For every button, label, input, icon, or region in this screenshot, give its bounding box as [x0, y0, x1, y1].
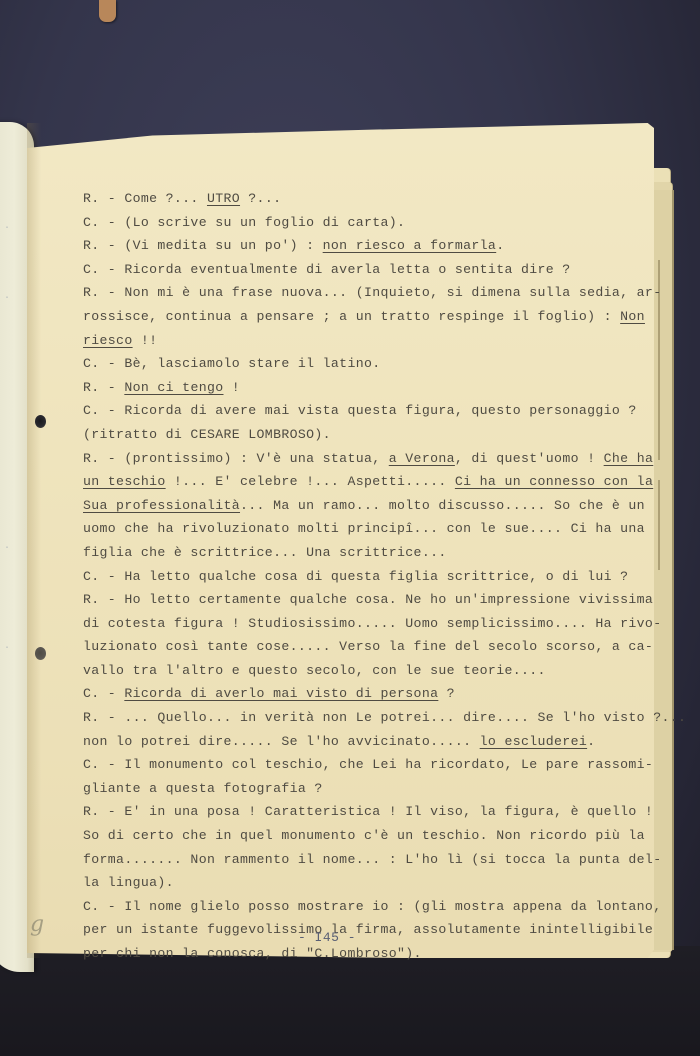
page-number: - I45 - — [297, 930, 357, 945]
text-span: (ritratto di CESARE LOMBROSO). — [83, 427, 331, 442]
underlined-text: Non ci tengo — [124, 380, 223, 395]
transcript-line: per chi non la conosca, di "C.Lombroso")… — [83, 942, 643, 966]
binding-hole-icon — [35, 647, 46, 660]
transcript-line: C. - Il monumento col teschio, che Lei h… — [83, 753, 643, 777]
text-span: . — [496, 238, 504, 253]
text-span: R. - Non mi è una frase nuova... (Inquie… — [83, 285, 661, 300]
bleed-through-mark: . — [4, 222, 10, 232]
transcript-line: la lingua). — [83, 871, 643, 895]
bleed-through-mark: . — [4, 642, 10, 652]
underlined-text: Ci ha un connesso con la — [455, 474, 653, 489]
text-span: !! — [133, 333, 158, 348]
transcript-line: gliante a questa fotografia ? — [83, 777, 643, 801]
text-span: rossisce, continua a pensare ; a un trat… — [83, 309, 620, 324]
binding-hole-icon — [35, 415, 46, 428]
transcript-line: riesco !! — [83, 329, 643, 353]
text-span: ?... — [240, 191, 281, 206]
transcript-text: R. - Come ?... UTRO ?...C. - (Lo scrive … — [83, 187, 643, 966]
bleed-through-mark: . — [4, 292, 10, 302]
text-span: figlia che è scrittrice... Una scrittric… — [83, 545, 447, 560]
text-span: forma....... Non rammento il nome... : L… — [83, 852, 661, 867]
text-span: la lingua). — [83, 875, 174, 890]
text-span: C. - Il monumento col teschio, che Lei h… — [83, 757, 653, 772]
text-span: C. - Ha letto qualche cosa di questa fig… — [83, 569, 628, 584]
binder-clip-tab — [99, 0, 116, 22]
text-span: per chi non la conosca, di "C.Lombroso")… — [83, 946, 422, 961]
text-span: C. - Ricorda eventualmente di averla let… — [83, 262, 571, 277]
text-span: uomo che ha rivoluzionato molti principî… — [83, 521, 645, 536]
text-span: C. - — [83, 686, 124, 701]
transcript-line: R. - Non ci tengo ! — [83, 376, 643, 400]
transcript-line: vallo tra l'altro e questo secolo, con l… — [83, 659, 643, 683]
text-span: per un istante fuggevolissimo la firma, … — [83, 922, 653, 937]
transcript-line: R. - (prontissimo) : V'è una statua, a V… — [83, 447, 643, 471]
transcript-line: per un istante fuggevolissimo la firma, … — [83, 918, 643, 942]
transcript-line: uomo che ha rivoluzionato molti principî… — [83, 517, 643, 541]
text-span: ? — [438, 686, 455, 701]
text-span: gliante a questa fotografia ? — [83, 781, 323, 796]
text-span: R. - E' in una posa ! Caratteristica ! I… — [83, 804, 653, 819]
transcript-line: forma....... Non rammento il nome... : L… — [83, 848, 643, 872]
transcript-line: C. - Ricorda di averlo mai visto di pers… — [83, 682, 643, 706]
transcript-line: un teschio !... E' celebre !... Aspetti.… — [83, 470, 643, 494]
transcript-line: R. - (Vi medita su un po') : non riesco … — [83, 234, 643, 258]
transcript-line: R. - E' in una posa ! Caratteristica ! I… — [83, 800, 643, 824]
underlined-text: riesco — [83, 333, 133, 348]
text-span: R. - Ho letto certamente qualche cosa. N… — [83, 592, 653, 607]
text-span: R. - (Vi medita su un po') : — [83, 238, 323, 253]
page-gutter-shadow — [27, 123, 41, 958]
pencil-margin-mark: g — [30, 912, 44, 937]
text-span: R. - — [83, 380, 124, 395]
transcript-line: C. - Ricorda di avere mai vista questa f… — [83, 399, 643, 423]
text-span: C. - (Lo scrive su un foglio di carta). — [83, 215, 405, 230]
transcript-line: R. - Non mi è una frase nuova... (Inquie… — [83, 281, 643, 305]
transcript-line: C. - Il nome glielo posso mostrare io : … — [83, 895, 643, 919]
text-span: , di quest'uomo ! — [455, 451, 604, 466]
transcript-line: So di certo che in quel monumento c'è un… — [83, 824, 643, 848]
transcript-line: R. - Come ?... UTRO ?... — [83, 187, 643, 211]
transcript-line: Sua professionalità... Ma un ramo... mol… — [83, 494, 643, 518]
transcript-line: (ritratto di CESARE LOMBROSO). — [83, 423, 643, 447]
transcript-line: rossisce, continua a pensare ; a un trat… — [83, 305, 643, 329]
transcript-line: C. - Ha letto qualche cosa di questa fig… — [83, 565, 643, 589]
text-span: C. - Bè, lasciamolo stare il latino. — [83, 356, 381, 371]
text-span: R. - (prontissimo) : V'è una statua, — [83, 451, 389, 466]
transcript-line: C. - (Lo scrive su un foglio di carta). — [83, 211, 643, 235]
text-span: . — [587, 734, 595, 749]
transcript-line: R. - Ho letto certamente qualche cosa. N… — [83, 588, 643, 612]
underlined-text: Ricorda di averlo mai visto di persona — [124, 686, 438, 701]
underlined-text: un teschio — [83, 474, 166, 489]
text-span: non lo potrei dire..... Se l'ho avvicina… — [83, 734, 480, 749]
text-span: R. - ... Quello... in verità non Le potr… — [83, 710, 686, 725]
transcript-line: figlia che è scrittrice... Una scrittric… — [83, 541, 643, 565]
transcript-line: R. - ... Quello... in verità non Le potr… — [83, 706, 643, 730]
transcript-line: C. - Bè, lasciamolo stare il latino. — [83, 352, 643, 376]
text-span: C. - Il nome glielo posso mostrare io : … — [83, 899, 661, 914]
text-span: !... E' celebre !... Aspetti..... — [166, 474, 455, 489]
transcript-line: di cotesta figura ! Studiosissimo..... U… — [83, 612, 643, 636]
underlined-text: non riesco a formarla — [323, 238, 497, 253]
text-span: vallo tra l'altro e questo secolo, con l… — [83, 663, 546, 678]
transcript-line: C. - Ricorda eventualmente di averla let… — [83, 258, 643, 282]
text-span: So di certo che in quel monumento c'è un… — [83, 828, 645, 843]
bleed-through-mark: . — [4, 542, 10, 552]
underlined-text: a Verona — [389, 451, 455, 466]
underlined-text: lo escluderei — [480, 734, 587, 749]
text-span: ... Ma un ramo... molto discusso..... So… — [240, 498, 645, 513]
underlined-text: Che ha — [604, 451, 654, 466]
underlined-text: UTRO — [207, 191, 240, 206]
text-span: di cotesta figura ! Studiosissimo..... U… — [83, 616, 661, 631]
text-span: R. - Come ?... — [83, 191, 207, 206]
transcript-line: luzionato così tante cose..... Verso la … — [83, 635, 643, 659]
page-stack-shadow — [658, 480, 660, 570]
underlined-text: Non — [620, 309, 645, 324]
text-span: ! — [224, 380, 241, 395]
underlined-text: Sua professionalità — [83, 498, 240, 513]
transcript-line: non lo potrei dire..... Se l'ho avvicina… — [83, 730, 643, 754]
text-span: luzionato così tante cose..... Verso la … — [83, 639, 653, 654]
text-span: C. - Ricorda di avere mai vista questa f… — [83, 403, 637, 418]
